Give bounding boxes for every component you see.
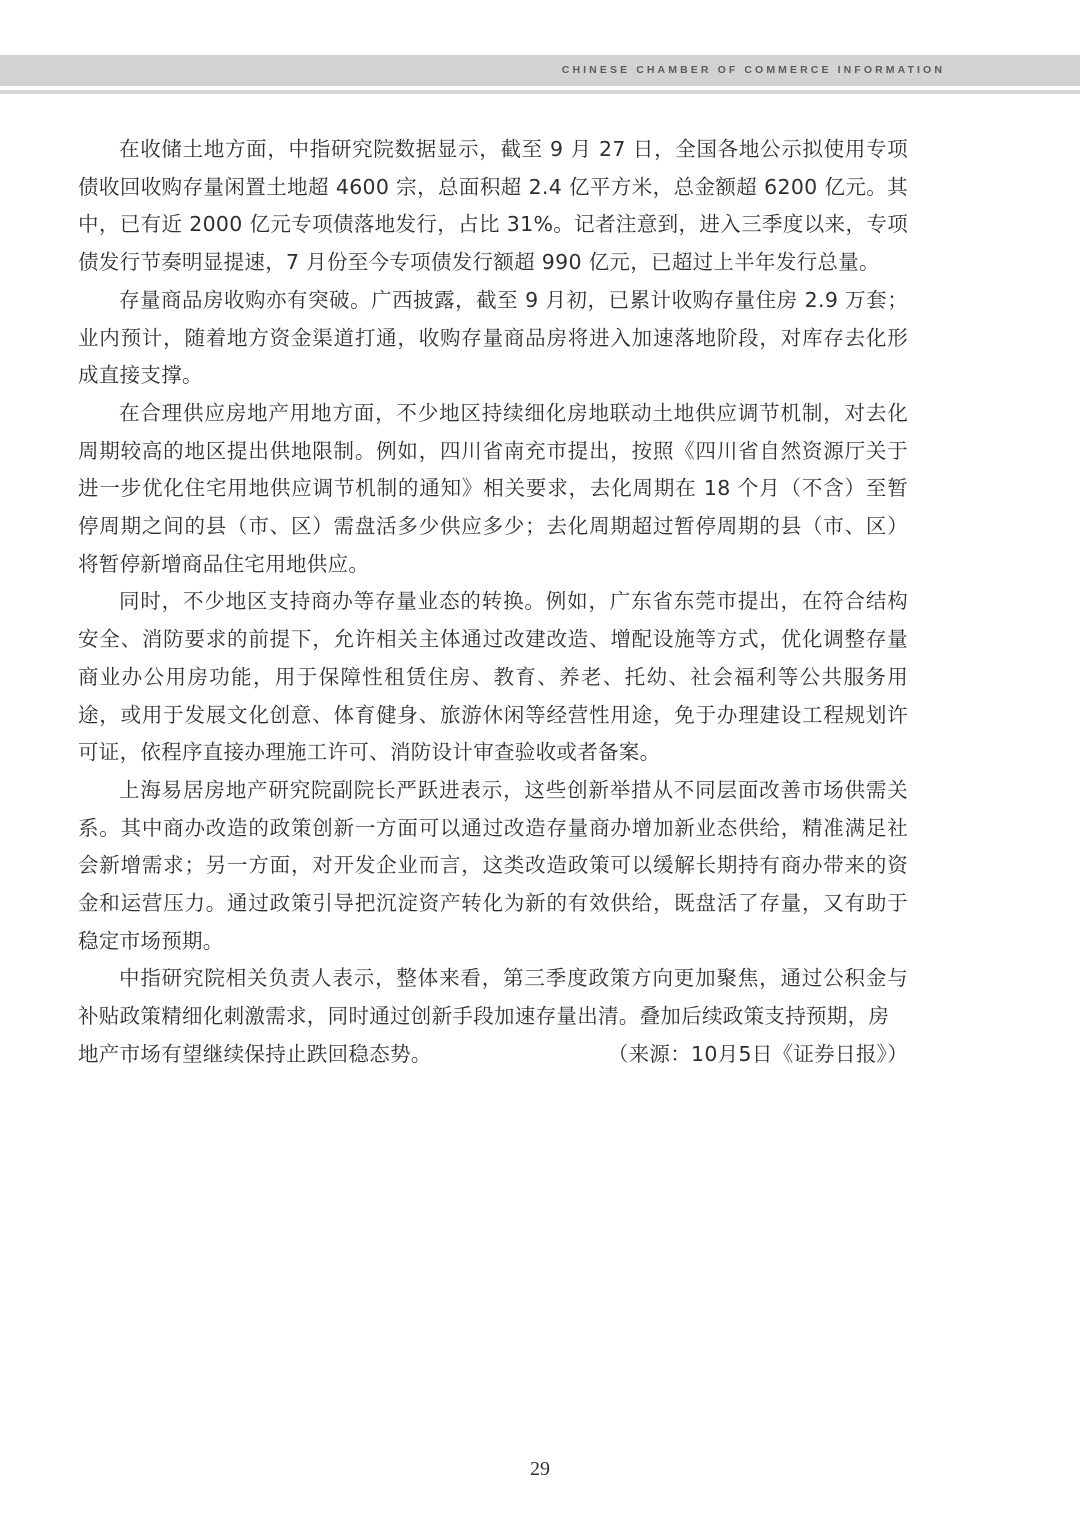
publication-title: CHINESE CHAMBER OF COMMERCE INFORMATION — [562, 64, 945, 76]
source-citation: （来源：10月5日《证券日报》） — [608, 1036, 908, 1074]
paragraph-commercial-conversion: 同时，不少地区支持商办等存量业态的转换。例如，广东省东莞市提出，在符合结构安全、… — [78, 583, 908, 772]
conclusion-end: 地产市场有望继续保持止跌回稳态势。 — [78, 1036, 432, 1074]
paragraph-expert-comment: 上海易居房地产研究院副院长严跃进表示，这些创新举措从不同层面改善市场供需关系。其… — [78, 772, 908, 961]
paragraph-land-reserve: 在收储土地方面，中指研究院数据显示，截至 9 月 27 日，全国各地公示拟使用专… — [78, 131, 908, 282]
conclusion-last-line: 地产市场有望继续保持止跌回稳态势。 （来源：10月5日《证券日报》） — [78, 1036, 908, 1074]
paragraph-land-supply: 在合理供应房地产用地方面，不少地区持续细化房地联动土地供应调节机制，对去化周期较… — [78, 395, 908, 584]
page-number: 29 — [0, 1458, 1080, 1481]
article-body: 在收储土地方面，中指研究院数据显示，截至 9 月 27 日，全国各地公示拟使用专… — [78, 131, 908, 1074]
paragraph-housing-acquisition: 存量商品房收购亦有突破。广西披露，截至 9 月初，已累计收购存量住房 2.9 万… — [78, 282, 908, 395]
header-band: CHINESE CHAMBER OF COMMERCE INFORMATION — [0, 55, 1080, 86]
conclusion-text: 中指研究院相关负责人表示，整体来看，第三季度政策方向更加聚焦，通过公积金与补贴政… — [78, 960, 908, 1035]
paragraph-conclusion: 中指研究院相关负责人表示，整体来看，第三季度政策方向更加聚焦，通过公积金与补贴政… — [78, 960, 908, 1073]
header-divider — [0, 90, 1080, 94]
